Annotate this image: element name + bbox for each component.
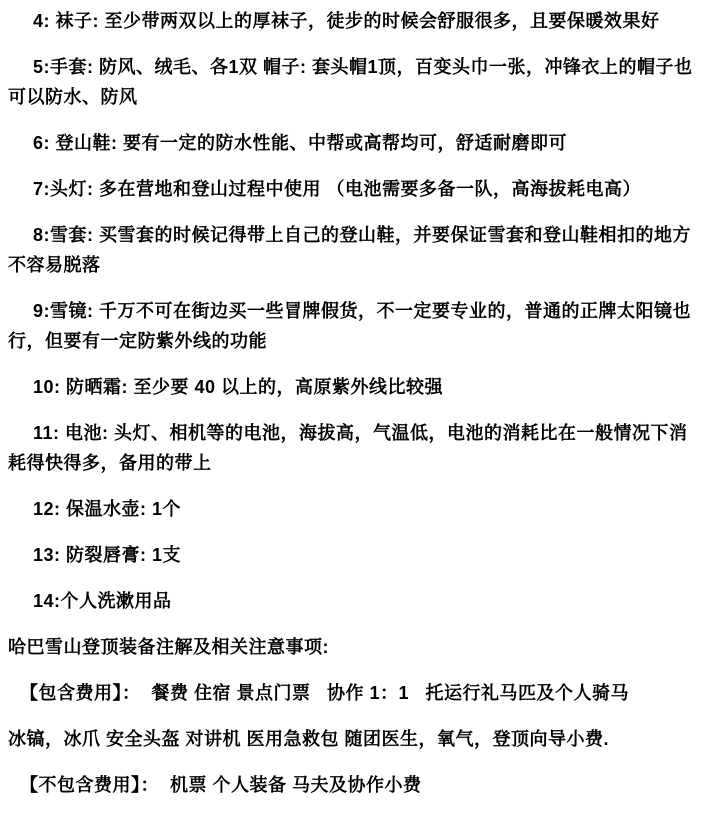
included-fees-line: 【包含费用】： 餐费 住宿 景点门票 协作 1：1 托运行礼马匹及个人骑马 <box>8 678 694 708</box>
equipment-item-7: 7:头灯: 多在营地和登山过程中使用 （电池需要多备一队，高海拔耗电高） <box>8 174 694 204</box>
equipment-item-5: 5:手套: 防风、绒毛、各1双 帽子: 套头帽1顶，百变头巾一张，冲锋衣上的帽子… <box>8 52 694 112</box>
equipment-item-13: 13: 防裂唇膏: 1支 <box>8 540 694 570</box>
equipment-item-12: 12: 保温水壶: 1个 <box>8 494 694 524</box>
equipment-item-10: 10: 防晒霜: 至少要 40 以上的，高原紫外线比较强 <box>8 372 694 402</box>
excluded-fees-line: 【不包含费用】： 机票 个人装备 马夫及协作小费 <box>8 770 694 800</box>
document-page: 4: 袜子: 至少带两双以上的厚袜子，徒步的时候会舒服很多，且要保暖效果好 5:… <box>0 0 702 827</box>
equipment-item-8: 8:雪套: 买雪套的时候记得带上自己的登山鞋，并要保证雪套和登山鞋相扣的地方不容… <box>8 220 694 280</box>
equipment-item-9: 9:雪镜: 千万不可在街边买一些冒牌假货，不一定要专业的，普通的正牌太阳镜也行，… <box>8 296 694 356</box>
equipment-item-6: 6: 登山鞋: 要有一定的防水性能、中帮或高帮均可，舒适耐磨即可 <box>8 128 694 158</box>
included-fees-continued-line: 冰镐，冰爪 安全头盔 对讲机 医用急救包 随团医生，氧气，登顶向导小费. <box>8 724 694 754</box>
equipment-item-4: 4: 袜子: 至少带两双以上的厚袜子，徒步的时候会舒服很多，且要保暖效果好 <box>8 6 694 36</box>
equipment-item-11: 11: 电池: 头灯、相机等的电池，海拔高，气温低，电池的消耗比在一般情况下消耗… <box>8 418 694 478</box>
equipment-item-14: 14:个人洗漱用品 <box>8 586 694 616</box>
notes-section-header: 哈巴雪山登顶装备注解及相关注意事项: <box>8 632 694 662</box>
